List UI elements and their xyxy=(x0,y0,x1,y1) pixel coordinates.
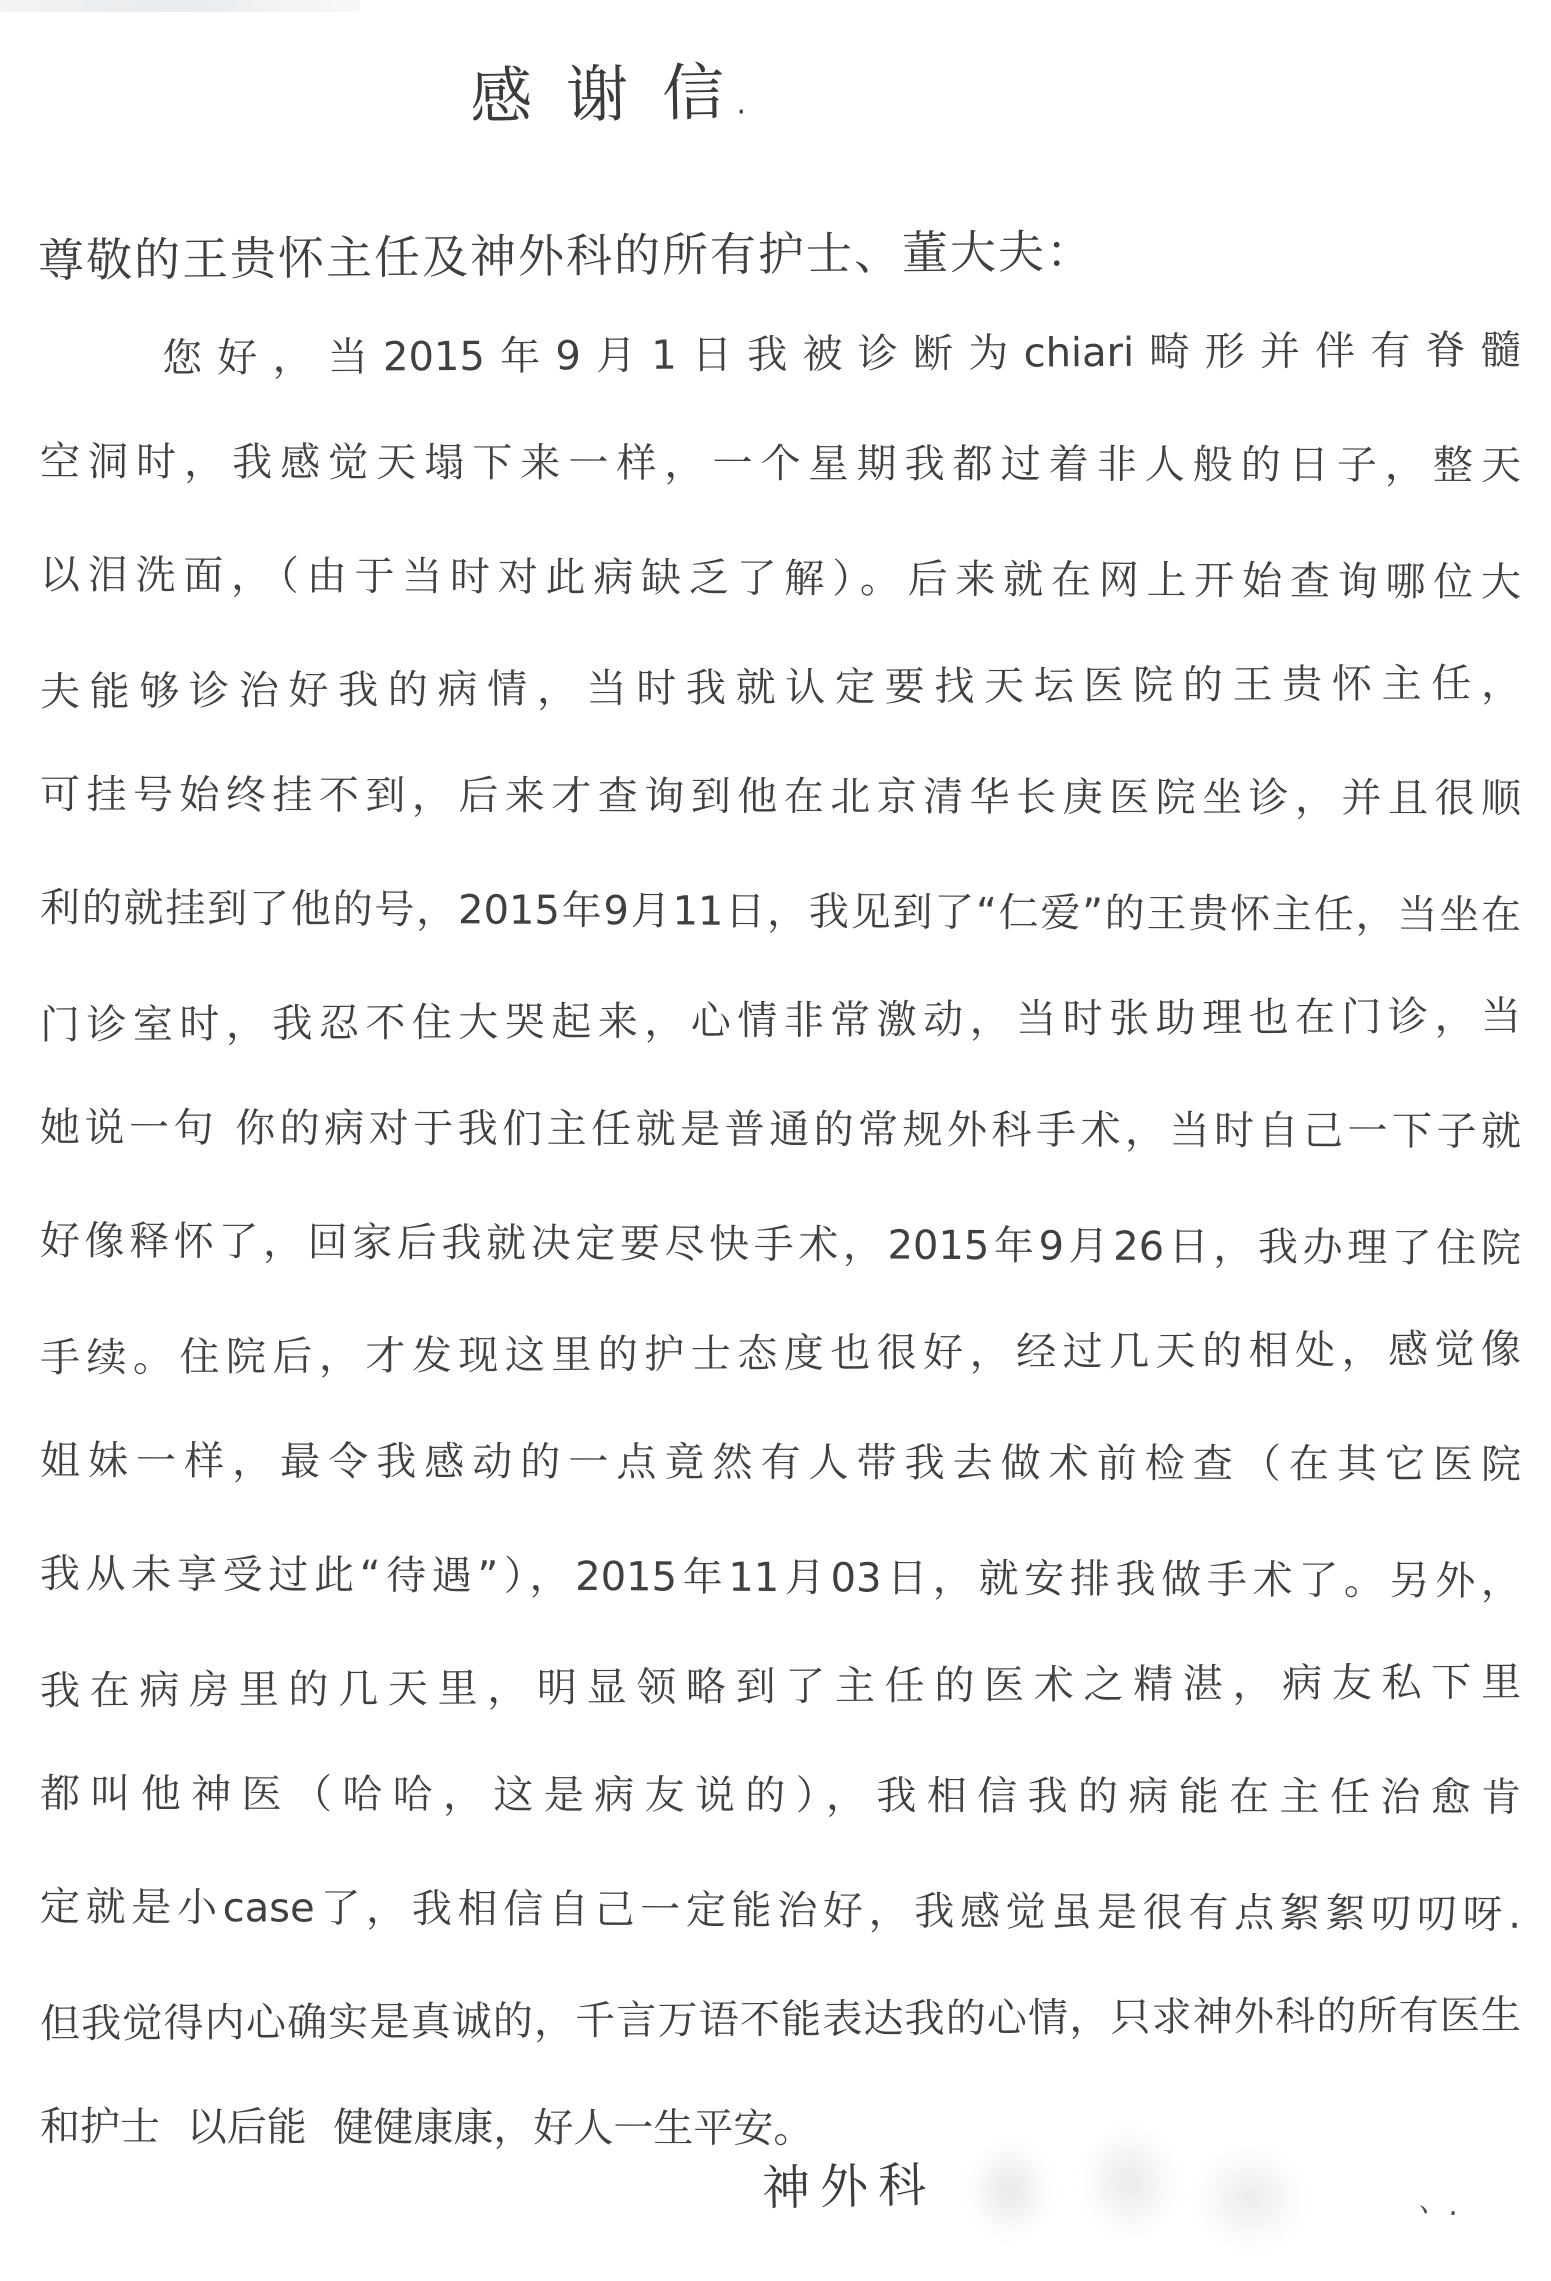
letter-line: 我从未享受过此“待遇”），2015年11月03日，就安排我做手术了。另外， xyxy=(40,1519,1522,1638)
letter-line: 她说一句 你的病对于我们主任就是普通的常规外科手术，当时自己一下子就 xyxy=(40,1073,1521,1188)
letter-page: 感谢信. 尊敬的王贵怀主任及神外科的所有护士、董大夫： 您好，当2015年9月1… xyxy=(0,0,1551,2281)
signature-department: 神外科 xyxy=(761,2146,936,2219)
title-pen-dot: . xyxy=(736,86,746,121)
letter-line: 门诊室时，我忍不住大哭起来，心情非常激动，当时张助理也在门诊，当 xyxy=(40,961,1522,1081)
letter-line: 姐妹一样，最令我感动的一点竟然有人带我去做术前检查（在其它医院 xyxy=(40,1406,1521,1521)
letter-line: 都叫他神医（哈哈，这是病友说的），我相信我的病能在主任治愈肯 xyxy=(40,1739,1521,1854)
letter-line: 夫能够诊治好我的病情，当时我就认定要找天坛医院的王贵怀主任， xyxy=(40,628,1522,748)
scan-edge-artifact xyxy=(0,0,360,12)
letter-line: 利的就挂到了他的号，2015年9月11日，我见到了“仁爱”的王贵怀主任，当坐在 xyxy=(40,853,1522,972)
letter-line: 定就是小case了，我相信自己一定能治好，我感觉虽是很有点絮絮叨叨呀. xyxy=(40,1852,1522,1971)
letter-title: 感谢信 xyxy=(469,55,758,133)
letter-line: 可挂号始终挂不到，后来才查询到他在北京清华长庚医院坐诊，并且很顺 xyxy=(40,740,1521,855)
letter-line: 以泪洗面，（由于当时对此病缺乏了解）。后来就在网上开始查询哪位大 xyxy=(40,520,1522,639)
letter-line: 您好，当2015年9月1日我被诊断为chiari畸形并伴有脊髓 xyxy=(40,295,1522,415)
letter-line: 我在病房里的几天里，明显领略到了主任的医术之精湛，病友私下里 xyxy=(40,1627,1522,1747)
stray-pen-mark: 、. xyxy=(1417,2175,1462,2224)
smudged-signature-name xyxy=(950,2110,1350,2270)
letter-title-row: 感谢信. xyxy=(469,41,830,136)
letter-body: 您好，当2015年9月1日我被诊断为chiari畸形并伴有脊髓 空洞时，我感觉天… xyxy=(40,300,1521,2187)
letter-line: 空洞时，我感觉天塌下来一样，一个星期我都过着非人般的日子，整天 xyxy=(40,407,1521,522)
letter-line: 好像释怀了，回家后我就决定要尽快手术，2015年9月26日，我办理了住院 xyxy=(40,1186,1522,1305)
letter-line: 但我觉得内心确实是真诚的，千言万语不能表达我的心情，只求神外科的所有医生 xyxy=(40,1960,1522,2080)
letter-salutation: 尊敬的王贵怀主任及神外科的所有护士、董大夫： xyxy=(38,212,1519,291)
letter-line: 手续。住院后，才发现这里的护士态度也很好，经过几天的相处，感觉像 xyxy=(40,1294,1522,1414)
